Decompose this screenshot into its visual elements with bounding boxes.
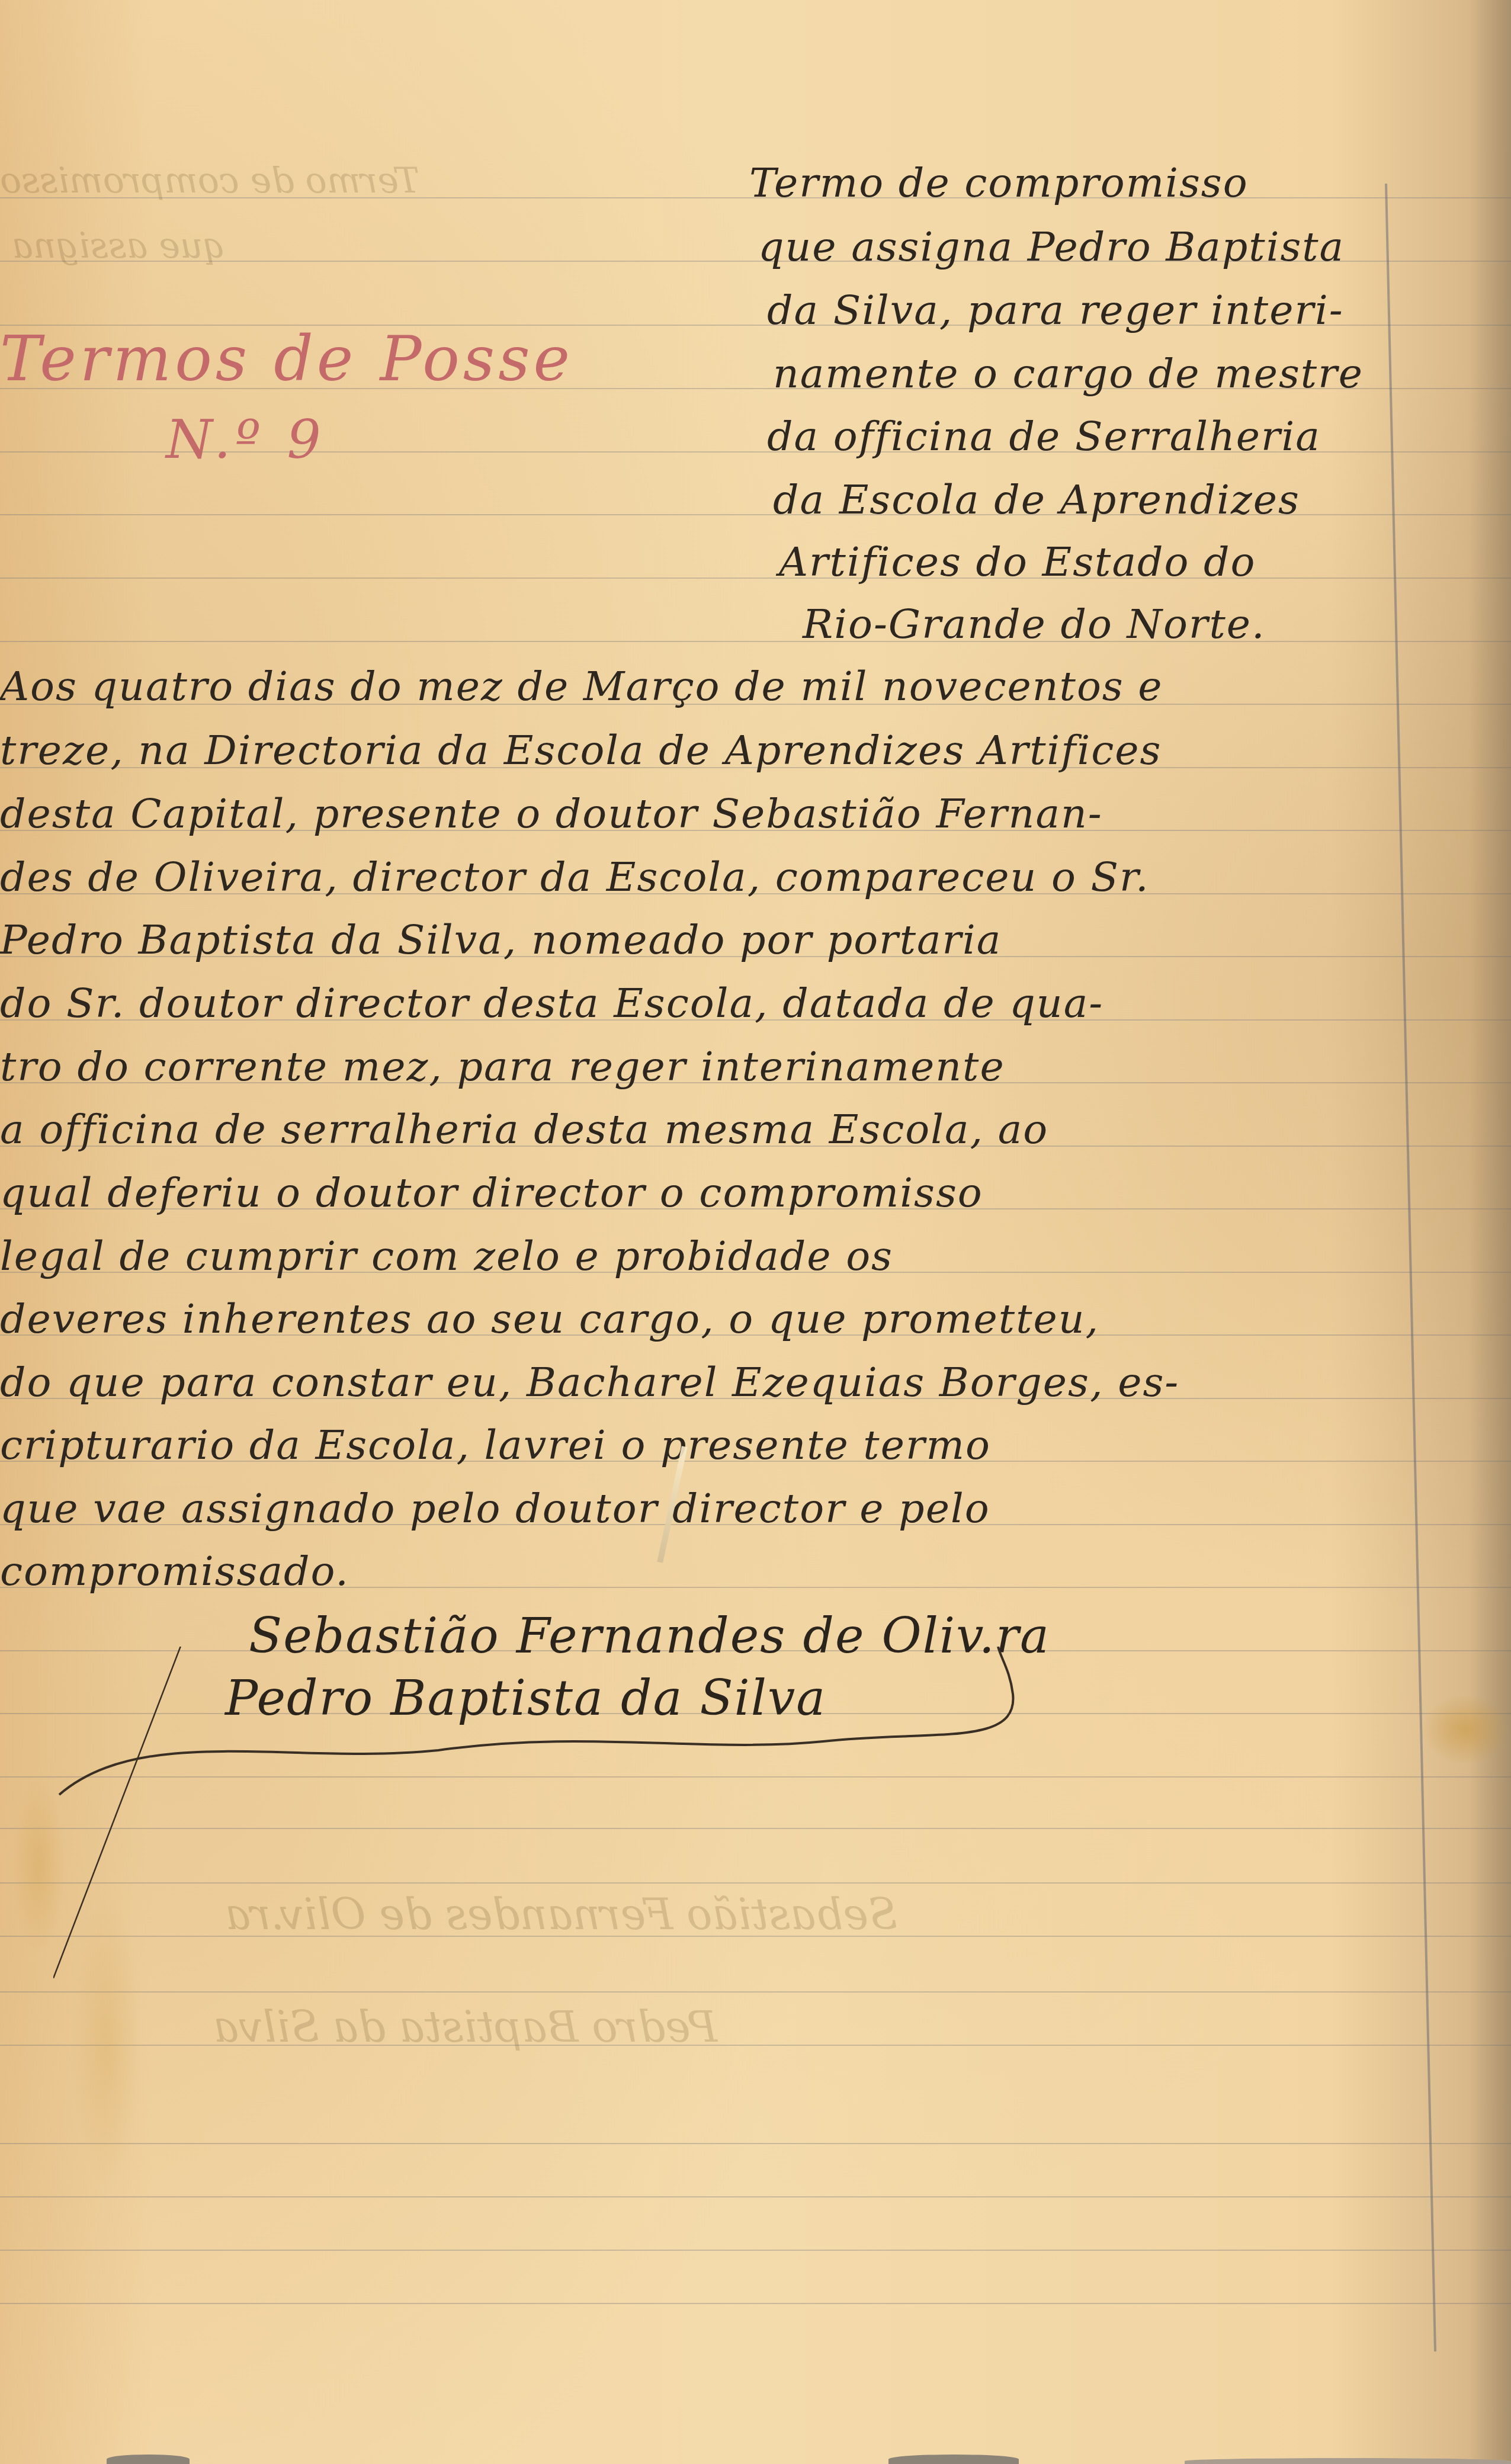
body-line: Aos quatro dias do mez de Março de mil n… xyxy=(0,663,1163,710)
ruled-line xyxy=(0,2303,1511,2304)
binding-edge xyxy=(1470,0,1511,2464)
body-line: legal de cumprir com zelo e probidade os xyxy=(0,1233,893,1280)
title-line: Artifices do Estado do xyxy=(779,539,1256,586)
bleed-through-text: Termo de compromisso xyxy=(0,160,419,201)
ruled-line xyxy=(0,2143,1511,2144)
body-line: desta Capital, presente o doutor Sebasti… xyxy=(0,791,1103,838)
ledger-page: Termo de compromisso que assigna Sebasti… xyxy=(0,0,1511,2464)
title-line: que assigna Pedro Baptista xyxy=(758,224,1345,271)
torn-edge xyxy=(1185,2458,1511,2464)
body-line: do que para constar eu, Bacharel Ezequia… xyxy=(0,1359,1179,1406)
body-line: compromissado. xyxy=(0,1548,349,1595)
ruled-line xyxy=(0,2250,1511,2251)
body-line: tro do corrente mez, para reger interina… xyxy=(0,1044,1005,1090)
body-line: deveres inherentes ao seu cargo, o que p… xyxy=(0,1296,1099,1343)
margin-heading-title: Termos de Posse xyxy=(0,323,573,395)
bleed-through-text: Pedro Baptista da Silva xyxy=(213,2002,717,2052)
ruled-line xyxy=(0,1991,1511,1993)
body-line: Pedro Baptista da Silva, nomeado por por… xyxy=(0,917,1002,964)
body-line: cripturario da Escola, lavrei o presente… xyxy=(0,1422,991,1469)
title-line: da Silva, para reger interi- xyxy=(767,287,1344,334)
margin-line xyxy=(1385,184,1436,2351)
torn-edge xyxy=(888,2455,1019,2464)
body-line: treze, na Directoria da Escola de Aprend… xyxy=(0,727,1162,774)
body-line: a officina de serralheria desta mesma Es… xyxy=(0,1106,1048,1153)
title-line: da officina de Serralheria xyxy=(767,413,1321,460)
title-line: namente o cargo de mestre xyxy=(773,351,1364,397)
body-line: do Sr. doutor director desta Escola, dat… xyxy=(0,980,1103,1027)
title-line: Rio-Grande do Norte. xyxy=(803,601,1266,648)
ruled-line xyxy=(0,641,1511,642)
body-line: des de Oliveira, director da Escola, com… xyxy=(0,854,1150,901)
body-line: qual deferiu o doutor director o comprom… xyxy=(0,1170,983,1217)
water-stain xyxy=(1422,1694,1510,1765)
ruled-line xyxy=(0,577,1511,579)
title-line: Termo de compromisso xyxy=(749,160,1249,207)
body-line: que vae assignado pelo doutor director e… xyxy=(0,1486,990,1532)
torn-edge xyxy=(107,2455,190,2464)
margin-heading-number: N.º 9 xyxy=(166,409,326,471)
title-line: da Escola de Aprendizes xyxy=(773,477,1300,524)
bleed-through-text: que assigna xyxy=(12,225,226,267)
ruled-line xyxy=(0,2196,1511,2197)
signature-flourish xyxy=(53,1647,1179,1978)
